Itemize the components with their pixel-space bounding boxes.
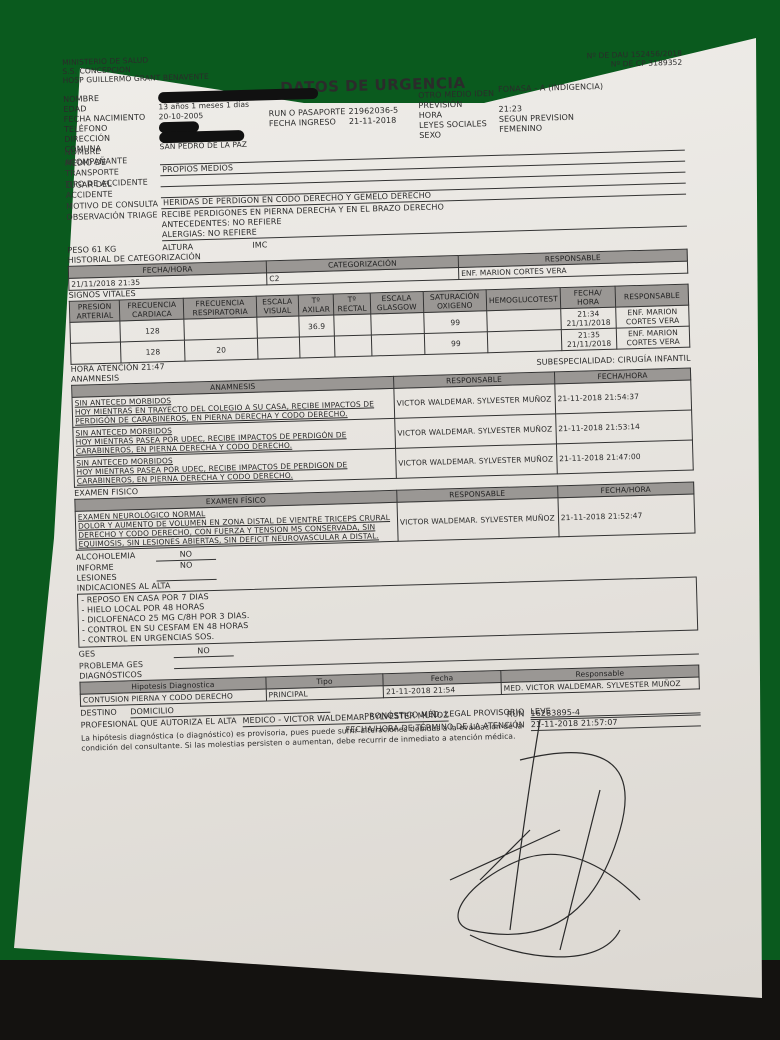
destino-label: DESTINO bbox=[80, 707, 130, 719]
record-numbers: Nº DE DAU 152456/2018 Nº DE CP 3189352 bbox=[587, 49, 683, 70]
vitals-header: FRECUENCIA CARDIACA bbox=[120, 298, 185, 321]
vitals-header: HEMOGLUCOTEST bbox=[486, 288, 561, 311]
responsable-cell: VICTOR WALDEMAR. SYLVESTER MUÑOZ bbox=[394, 384, 556, 418]
vitals-cell: 21:35 21/11/2018 bbox=[561, 328, 617, 351]
admin-labels-col: OTRO MEDIO IDEN PREVISIÓN HORA LEYES SOC… bbox=[418, 83, 500, 145]
vitals-cell: ENF. MARION CORTES VERA bbox=[616, 305, 689, 328]
lugar-label: LUGAR DEL ACCIDENTE bbox=[65, 178, 161, 201]
fecha-cell: 21-11-2018 21:47:00 bbox=[556, 440, 693, 474]
emergency-record-document: MINISTERIO DE SALUD S.S. CONCEPCION HOSP… bbox=[62, 41, 701, 754]
vitals-cell bbox=[257, 337, 300, 359]
run-medico-label: RUN bbox=[507, 709, 525, 720]
responsable-cell: VICTOR WALDEMAR. SYLVESTER MUÑOZ bbox=[395, 414, 557, 448]
vitals-cell bbox=[70, 321, 121, 343]
vitals-cell bbox=[371, 334, 424, 356]
imc-label: IMC bbox=[252, 240, 267, 250]
comuna-value: SAN PEDRO DE LA PAZ bbox=[159, 139, 269, 152]
diag-cell: 21-11-2018 21:54 bbox=[383, 682, 501, 697]
vitals-header: PRESION ARTERIAL bbox=[69, 300, 120, 322]
admission-block: NOMBRE ACOMPAÑANTE MEDIO DE TRANSPORTEPR… bbox=[65, 140, 688, 256]
fecha-ingreso-label: FECHA INGRESO bbox=[269, 117, 349, 129]
vitals-cell: 99 bbox=[424, 332, 488, 355]
admin-values-col: FONASA - A (INDIGENCIA) 21:23 SEGUN PREV… bbox=[498, 78, 685, 143]
vitals-header: ESCALA VISUAL bbox=[256, 295, 299, 317]
vitals-header: Tº RECTAL bbox=[333, 293, 370, 315]
fecha-ingreso-value: 21-11-2018 bbox=[349, 116, 397, 127]
fecha-cell: 21-11-2018 21:54:37 bbox=[555, 380, 692, 414]
vitals-cell bbox=[257, 316, 300, 338]
vitals-header: ESCALA GLASGOW bbox=[370, 292, 423, 314]
diag-cell: PRINCIPAL bbox=[266, 686, 384, 701]
vitals-cell: 20 bbox=[185, 338, 258, 361]
triage-label: OBSERVACIÓN TRIAGE bbox=[66, 210, 162, 244]
vitals-cell: 99 bbox=[423, 311, 487, 334]
vitals-cell bbox=[371, 313, 424, 335]
informe-lesiones-label: INFORME LESIONES bbox=[76, 562, 157, 584]
vitals-cell: 36.9 bbox=[299, 315, 335, 337]
vitals-cell bbox=[70, 342, 121, 364]
vitals-cell bbox=[299, 336, 335, 358]
responsable-cell: VICTOR WALDEMAR. SYLVESTER MUÑOZ bbox=[395, 444, 557, 478]
vitals-cell: 128 bbox=[120, 319, 185, 342]
fecha-cell: 21-11-2018 21:53:14 bbox=[555, 410, 692, 444]
informe-lesiones-value: NO bbox=[156, 560, 217, 582]
vitals-cell bbox=[335, 335, 372, 357]
vitals-cell bbox=[487, 330, 562, 353]
run-block: RUN O PASAPORTE21962036-5 FECHA INGRESO2… bbox=[268, 85, 420, 149]
discharge-block: ALCOHOLEMIANO INFORME LESIONESNO INDICAC… bbox=[76, 535, 699, 681]
vitals-cell bbox=[487, 309, 562, 332]
vitals-cell: 128 bbox=[121, 340, 186, 363]
fecha-cell: 21-11-2018 21:52:47 bbox=[558, 494, 695, 537]
vitals-cell: ENF. MARION CORTES VERA bbox=[616, 326, 689, 349]
vitals-header: FECHA/ HORA bbox=[560, 286, 616, 309]
vitals-cell bbox=[334, 314, 371, 336]
patient-values-col: 13 años 1 meses 1 días 20-10-2005 SAN PE… bbox=[158, 89, 270, 152]
anamnesis-table: ANAMNESISRESPONSABLEFECHA/HORASIN ANTECE… bbox=[71, 368, 694, 488]
vitals-header: Tº AXILAR bbox=[298, 294, 334, 316]
responsable-cell: VICTOR WALDEMAR. SYLVESTER MUÑOZ bbox=[397, 498, 559, 541]
vitals-cell bbox=[184, 317, 257, 340]
transporte-label: MEDIO DE TRANSPORTE bbox=[65, 156, 161, 179]
vitals-header: SATURACIÓN OXIGENO bbox=[423, 290, 487, 313]
exam-note: EXAMEN NEUROLÓGICO NORMALDOLOR Y AUMENTO… bbox=[75, 502, 398, 550]
sexo-label: SEXO bbox=[419, 129, 499, 141]
vitals-cell: 21:34 21/11/2018 bbox=[561, 307, 617, 330]
vitals-header: FRECUENCIA RESPIRATORIA bbox=[184, 296, 257, 319]
vitals-header: RESPONSABLE bbox=[615, 284, 688, 307]
